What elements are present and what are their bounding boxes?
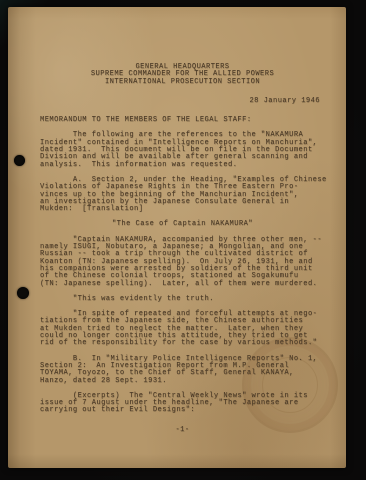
page-number-line: -1- <box>40 427 325 434</box>
para-excerpts: (Excerpts) The "Central Weekly News" wro… <box>40 393 325 415</box>
memo-heading: MEMORANDUM TO THE MEMBERS OF THE LEGAL S… <box>40 117 325 124</box>
typewritten-text: GENERAL HEADQUARTERSSUPREME COMMANDER FO… <box>40 64 325 434</box>
para-truth-line: "This was evidently the truth. <box>40 296 325 303</box>
date-line-line: 28 January 1946 <box>40 98 320 105</box>
letterhead-line: INTERNATIONAL PROSECUTION SECTION <box>40 79 325 86</box>
para-intro-line: analysis. This information was requested… <box>40 162 325 169</box>
para-negotiations-line: rid of the responsibility for the case b… <box>40 340 325 347</box>
memo-page: GENERAL HEADQUARTERSSUPREME COMMANDER FO… <box>8 7 346 468</box>
para-truth: "This was evidently the truth. <box>40 296 325 303</box>
date-line: 28 January 1946 <box>40 98 325 105</box>
para-section-a: A. Section 2, under the Heading, "Exampl… <box>40 177 325 213</box>
punch-hole-bottom <box>17 287 29 299</box>
memo-heading-line: MEMORANDUM TO THE MEMBERS OF THE LEGAL S… <box>40 117 325 124</box>
para-intro: The following are the references to the … <box>40 132 325 168</box>
letterhead: GENERAL HEADQUARTERSSUPREME COMMANDER FO… <box>40 64 325 86</box>
para-captain: "Captain NAKAMURA, accompanied by three … <box>40 237 325 288</box>
para-section-a-line: Mukden: [Translation] <box>40 206 325 213</box>
case-title-line: "The Case of Captain NAKAMURA" <box>40 221 325 228</box>
para-negotiations: "In spite of repeated and forceful attem… <box>40 311 325 347</box>
punch-hole-top <box>14 155 25 166</box>
para-excerpts-line: carrying out their Evil Designs": <box>40 407 325 414</box>
case-title: "The Case of Captain NAKAMURA" <box>40 221 325 228</box>
page-number: -1- <box>40 427 325 434</box>
para-captain-line: (TN: Japanese spelling). Later, all of t… <box>40 281 325 288</box>
para-section-b-line: Hanzo, dated 28 Sept. 1931. <box>40 378 325 385</box>
para-section-b: B. In "Military Police Intelligence Repo… <box>40 356 325 385</box>
